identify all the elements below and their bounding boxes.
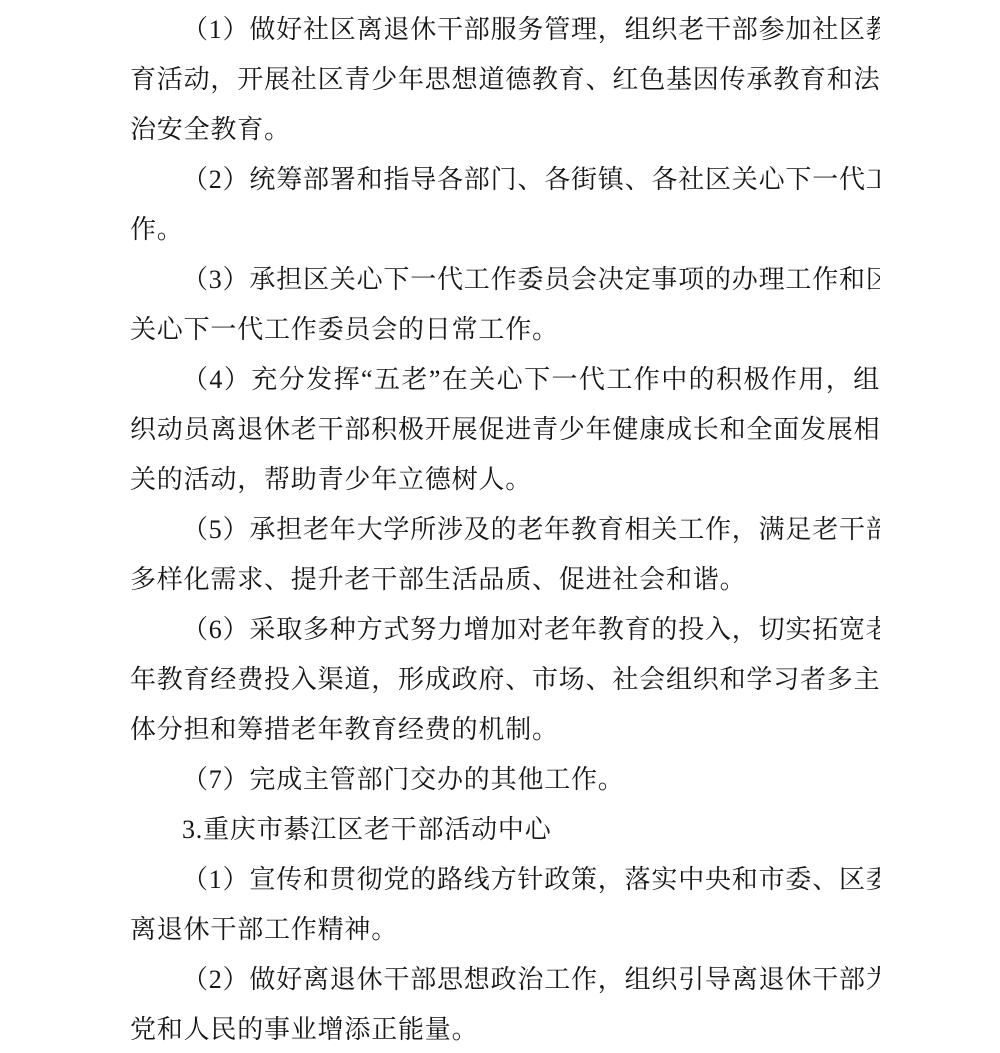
paragraph: （1）做好社区离退休干部服务管理，组织老干部参加社区教育活动，开展社区青少年思想… — [130, 5, 880, 155]
paragraph: （4）充分发挥“五老”在关心下一代工作中的积极作用，组织动员离退休老干部积极开展… — [130, 355, 880, 505]
text-line: 党和人民的事业增添正能量。 — [130, 1005, 880, 1053]
paragraph: （3）承担区关心下一代工作委员会决定事项的办理工作和区关心下一代工作委员会的日常… — [130, 255, 880, 355]
paragraph: （2）做好离退休干部思想政治工作，组织引导离退休干部为党和人民的事业增添正能量。 — [130, 955, 880, 1053]
paragraph: （5）承担老年大学所涉及的老年教育相关工作，满足老干部多样化需求、提升老干部生活… — [130, 505, 880, 605]
text-line: （5）承担老年大学所涉及的老年教育相关工作，满足老干部 — [130, 505, 880, 555]
text-line: （1）宣传和贯彻党的路线方针政策，落实中央和市委、区委 — [130, 855, 880, 905]
paragraph: （2）统筹部署和指导各部门、各街镇、各社区关心下一代工作。 — [130, 155, 880, 255]
text-line: （1）做好社区离退休干部服务管理，组织老干部参加社区教 — [130, 5, 880, 55]
text-line: 体分担和筹措老年教育经费的机制。 — [130, 705, 880, 755]
document-page: （1）做好社区离退休干部服务管理，组织老干部参加社区教育活动，开展社区青少年思想… — [0, 0, 1000, 1053]
text-line: 年教育经费投入渠道，形成政府、市场、社会组织和学习者多主 — [130, 655, 880, 705]
section-heading: 3.重庆市綦江区老干部活动中心 — [130, 805, 880, 855]
text-line: 关心下一代工作委员会的日常工作。 — [130, 305, 880, 355]
text-line: 育活动，开展社区青少年思想道德教育、红色基因传承教育和法 — [130, 55, 880, 105]
text-line: （2）统筹部署和指导各部门、各街镇、各社区关心下一代工 — [130, 155, 880, 205]
text-line: 多样化需求、提升老干部生活品质、促进社会和谐。 — [130, 555, 880, 605]
paragraph: （1）宣传和贯彻党的路线方针政策，落实中央和市委、区委离退休干部工作精神。 — [130, 855, 880, 955]
text-line: （6）采取多种方式努力增加对老年教育的投入，切实拓宽老 — [130, 605, 880, 655]
text-line: （3）承担区关心下一代工作委员会决定事项的办理工作和区 — [130, 255, 880, 305]
text-line: 治安全教育。 — [130, 105, 880, 155]
paragraph: （6）采取多种方式努力增加对老年教育的投入，切实拓宽老年教育经费投入渠道，形成政… — [130, 605, 880, 755]
text-line: 作。 — [130, 205, 880, 255]
text-line: （2）做好离退休干部思想政治工作，组织引导离退休干部为 — [130, 955, 880, 1005]
heading-text-line: 3.重庆市綦江区老干部活动中心 — [130, 805, 880, 855]
text-line: 离退休干部工作精神。 — [130, 905, 880, 955]
text-line: 织动员离退休老干部积极开展促进青少年健康成长和全面发展相 — [130, 405, 880, 455]
paragraph: （7）完成主管部门交办的其他工作。 — [130, 755, 880, 805]
text-line: 关的活动，帮助青少年立德树人。 — [130, 455, 880, 505]
text-line: （7）完成主管部门交办的其他工作。 — [130, 755, 880, 805]
document-body: （1）做好社区离退休干部服务管理，组织老干部参加社区教育活动，开展社区青少年思想… — [0, 0, 1000, 1053]
text-line: （4）充分发挥“五老”在关心下一代工作中的积极作用，组 — [130, 355, 880, 405]
